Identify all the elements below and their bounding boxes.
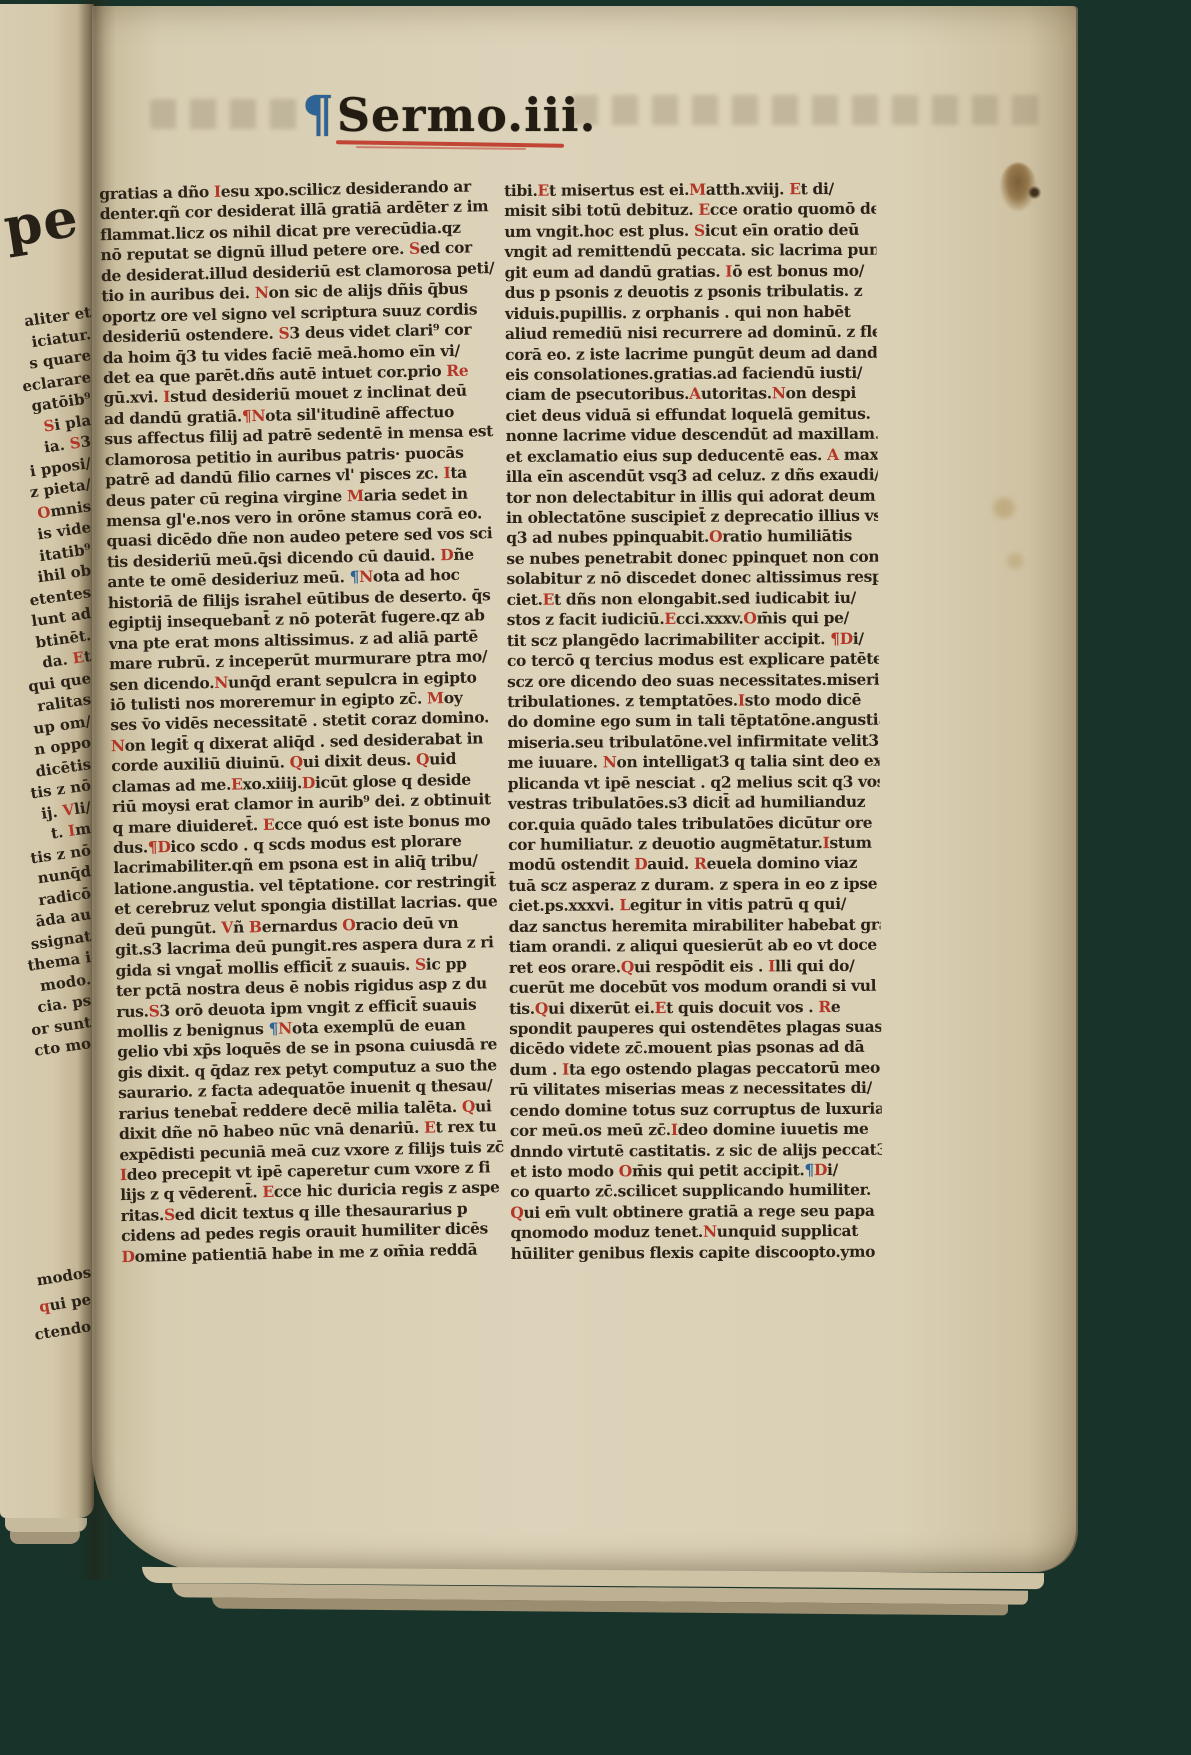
facing-page-text-fragments-upper: aliter eticiatur.s quareeclararegatōib⁹S… xyxy=(0,302,91,1055)
text-line: misit sibi totū debituz. Ecce oratio quo… xyxy=(504,199,876,222)
text-line: tuā scz asperaz z duram. z spera in eo z… xyxy=(508,874,880,897)
text-line: tribulationes. z temptatōes.Isto modo di… xyxy=(507,690,879,713)
scanned-book-photo: { "page": { "header": { "pilcrow": "¶", … xyxy=(0,0,1191,1755)
text-line: dicēdo videte zc̄.mouent pias psonas ad … xyxy=(509,1037,881,1060)
text-line: tiam orandi. z aliqui quesierūt ab eo vt… xyxy=(509,935,881,958)
text-line: et exclamatio eius sup deducentē eas. A … xyxy=(506,444,878,467)
text-line: dnndo virtutē castitatis. z sic de alijs… xyxy=(510,1139,882,1162)
text-line: ret eos orare.Qui respōdit eis . Illi qu… xyxy=(509,955,881,978)
text-line: um vngit.hoc est plus. Sicut eīn oratio … xyxy=(504,220,876,243)
page-header: ¶Sermo.iii. xyxy=(302,84,597,143)
text-line: cor humiliatur. z deuotio augmētatur.Ist… xyxy=(508,833,880,856)
text-line: scz ore dicendo deo suas necessitates.mi… xyxy=(507,669,879,692)
text-line: vestras tribulatōes.s3 dicit̄ ad humilia… xyxy=(508,792,880,815)
text-line: ciet.ps.xxxvi. Legitur in vitis patrū q … xyxy=(508,894,880,917)
text-line: ciet.Et dñs non elongabit.sed iudicabit … xyxy=(506,587,878,610)
text-line: eis consolationes.gratias.ad faciendū iu… xyxy=(505,363,877,386)
text-column-left: gratias a dño Iesu xpo.scilicz desideran… xyxy=(99,176,519,1267)
text-line: dus p psonis z deuotis z psonis tribulat… xyxy=(505,281,877,304)
header-pilcrow: ¶ xyxy=(302,84,335,143)
text-line: ciet deus viduā si effundat loquelā gemi… xyxy=(505,404,877,427)
text-line: nonne lacrime vidue descendūt ad maxilla… xyxy=(505,424,877,447)
text-line: co quarto zc̄.scilicet supplicando humil… xyxy=(510,1180,882,1203)
text-line: solabitur z nō discedet donec altissimus… xyxy=(506,567,878,590)
text-line: corā eo. z iste lacrime pungūt deum ad d… xyxy=(505,342,877,365)
text-line: spondit pauperes qui ostendētes plagas s… xyxy=(509,1017,881,1040)
facing-page-large-initial: pe xyxy=(0,185,83,260)
text-line: co tercō q tercius modus est explicare p… xyxy=(507,649,879,672)
text-line: git eum ad dandū gratias. Iō est bonus m… xyxy=(504,260,876,283)
text-line: me iuuare. Non intelligat3 q talia sint … xyxy=(507,751,879,774)
facing-page-edge: pe aliter eticiatur.s quareeclararegatōi… xyxy=(0,4,94,1518)
facing-page-text-fragments-lower: modosqui pectendo xyxy=(0,1259,91,1340)
text-column-right: tibi.Et misertus est ei.Matth.xviij. Et … xyxy=(504,179,883,1264)
text-line: miseria.seu tribulatōne.vel infirmitate … xyxy=(507,731,879,754)
text-line: tibi.Et misertus est ei.Matth.xviij. Et … xyxy=(504,179,876,202)
text-line: ciam de psecutoribus.Autoritas.Non despi xyxy=(505,383,877,406)
text-line: cendo domine totus suz corruptus de luxu… xyxy=(510,1098,882,1121)
text-line: daz sanctus heremita mirabiliter habebat… xyxy=(508,914,880,937)
text-line: cor meū.os meū zc̄.Ideo domine iuuetis m… xyxy=(510,1119,882,1142)
text-line: et isto modo Om̄is qui petit accipit.¶Di… xyxy=(510,1160,882,1183)
page-title: Sermo.iii. xyxy=(337,88,597,142)
text-line: q3 ad nubes ppinquabit.Oratio humiliātis xyxy=(506,526,878,549)
text-line: in oblectatōne suscipiet̄ z deprecatio i… xyxy=(506,506,878,529)
text-line: rū vilitates miserias meas z necessitate… xyxy=(509,1078,881,1101)
text-line: tit scz plangēdo lacrimabiliter accipit.… xyxy=(507,628,879,651)
text-line: tor non delectabitur in illis qui adorat… xyxy=(506,485,878,508)
text-line: qnomodo moduz tenet.Nunquid supplicat xyxy=(510,1221,882,1244)
text-line: cor.quia quādo tales tribulatōes dicūtur… xyxy=(508,812,880,835)
text-line: tis.Qui dixerūt ei.Et quis docuit vos . … xyxy=(509,996,881,1019)
page-stack-edge xyxy=(5,1518,87,1532)
text-line: viduis.pupillis. z orphanis . qui non ha… xyxy=(505,301,877,324)
text-line: Qui em̄ vult obtinere gratiā a rege seu … xyxy=(510,1201,882,1224)
text-line: do domine ego sum in tali tēptatōne.angu… xyxy=(507,710,879,733)
text-line: aliud remediū nisi recurrere ad dominū. … xyxy=(505,322,877,345)
text-line: stos z facit iudiciū.Ecci.xxxv.Om̄is qui… xyxy=(507,608,879,631)
text-line: se nubes penetrabit donec ppinquet non c… xyxy=(506,547,878,570)
text-line: dum . Ita ego ostendo plagas peccatorū m… xyxy=(509,1058,881,1081)
text-line: plicanda vt ipē nesciat . q2 melius scit… xyxy=(508,771,880,794)
text-line: cuerūt me docebūt vos modum orandi si vu… xyxy=(509,976,881,999)
text-line: vngit ad remittendū peccata. sic lacrima… xyxy=(504,240,876,263)
page-stack-edge xyxy=(10,1532,80,1544)
text-line: hūiliter genibus flexis capite discoopto… xyxy=(510,1241,882,1264)
text-line: illa eīn ascendūt vsq3 ad celuz. z dñs e… xyxy=(506,465,878,488)
text-line: modū ostendit Dauid. Reuela domino viaz xyxy=(508,853,880,876)
